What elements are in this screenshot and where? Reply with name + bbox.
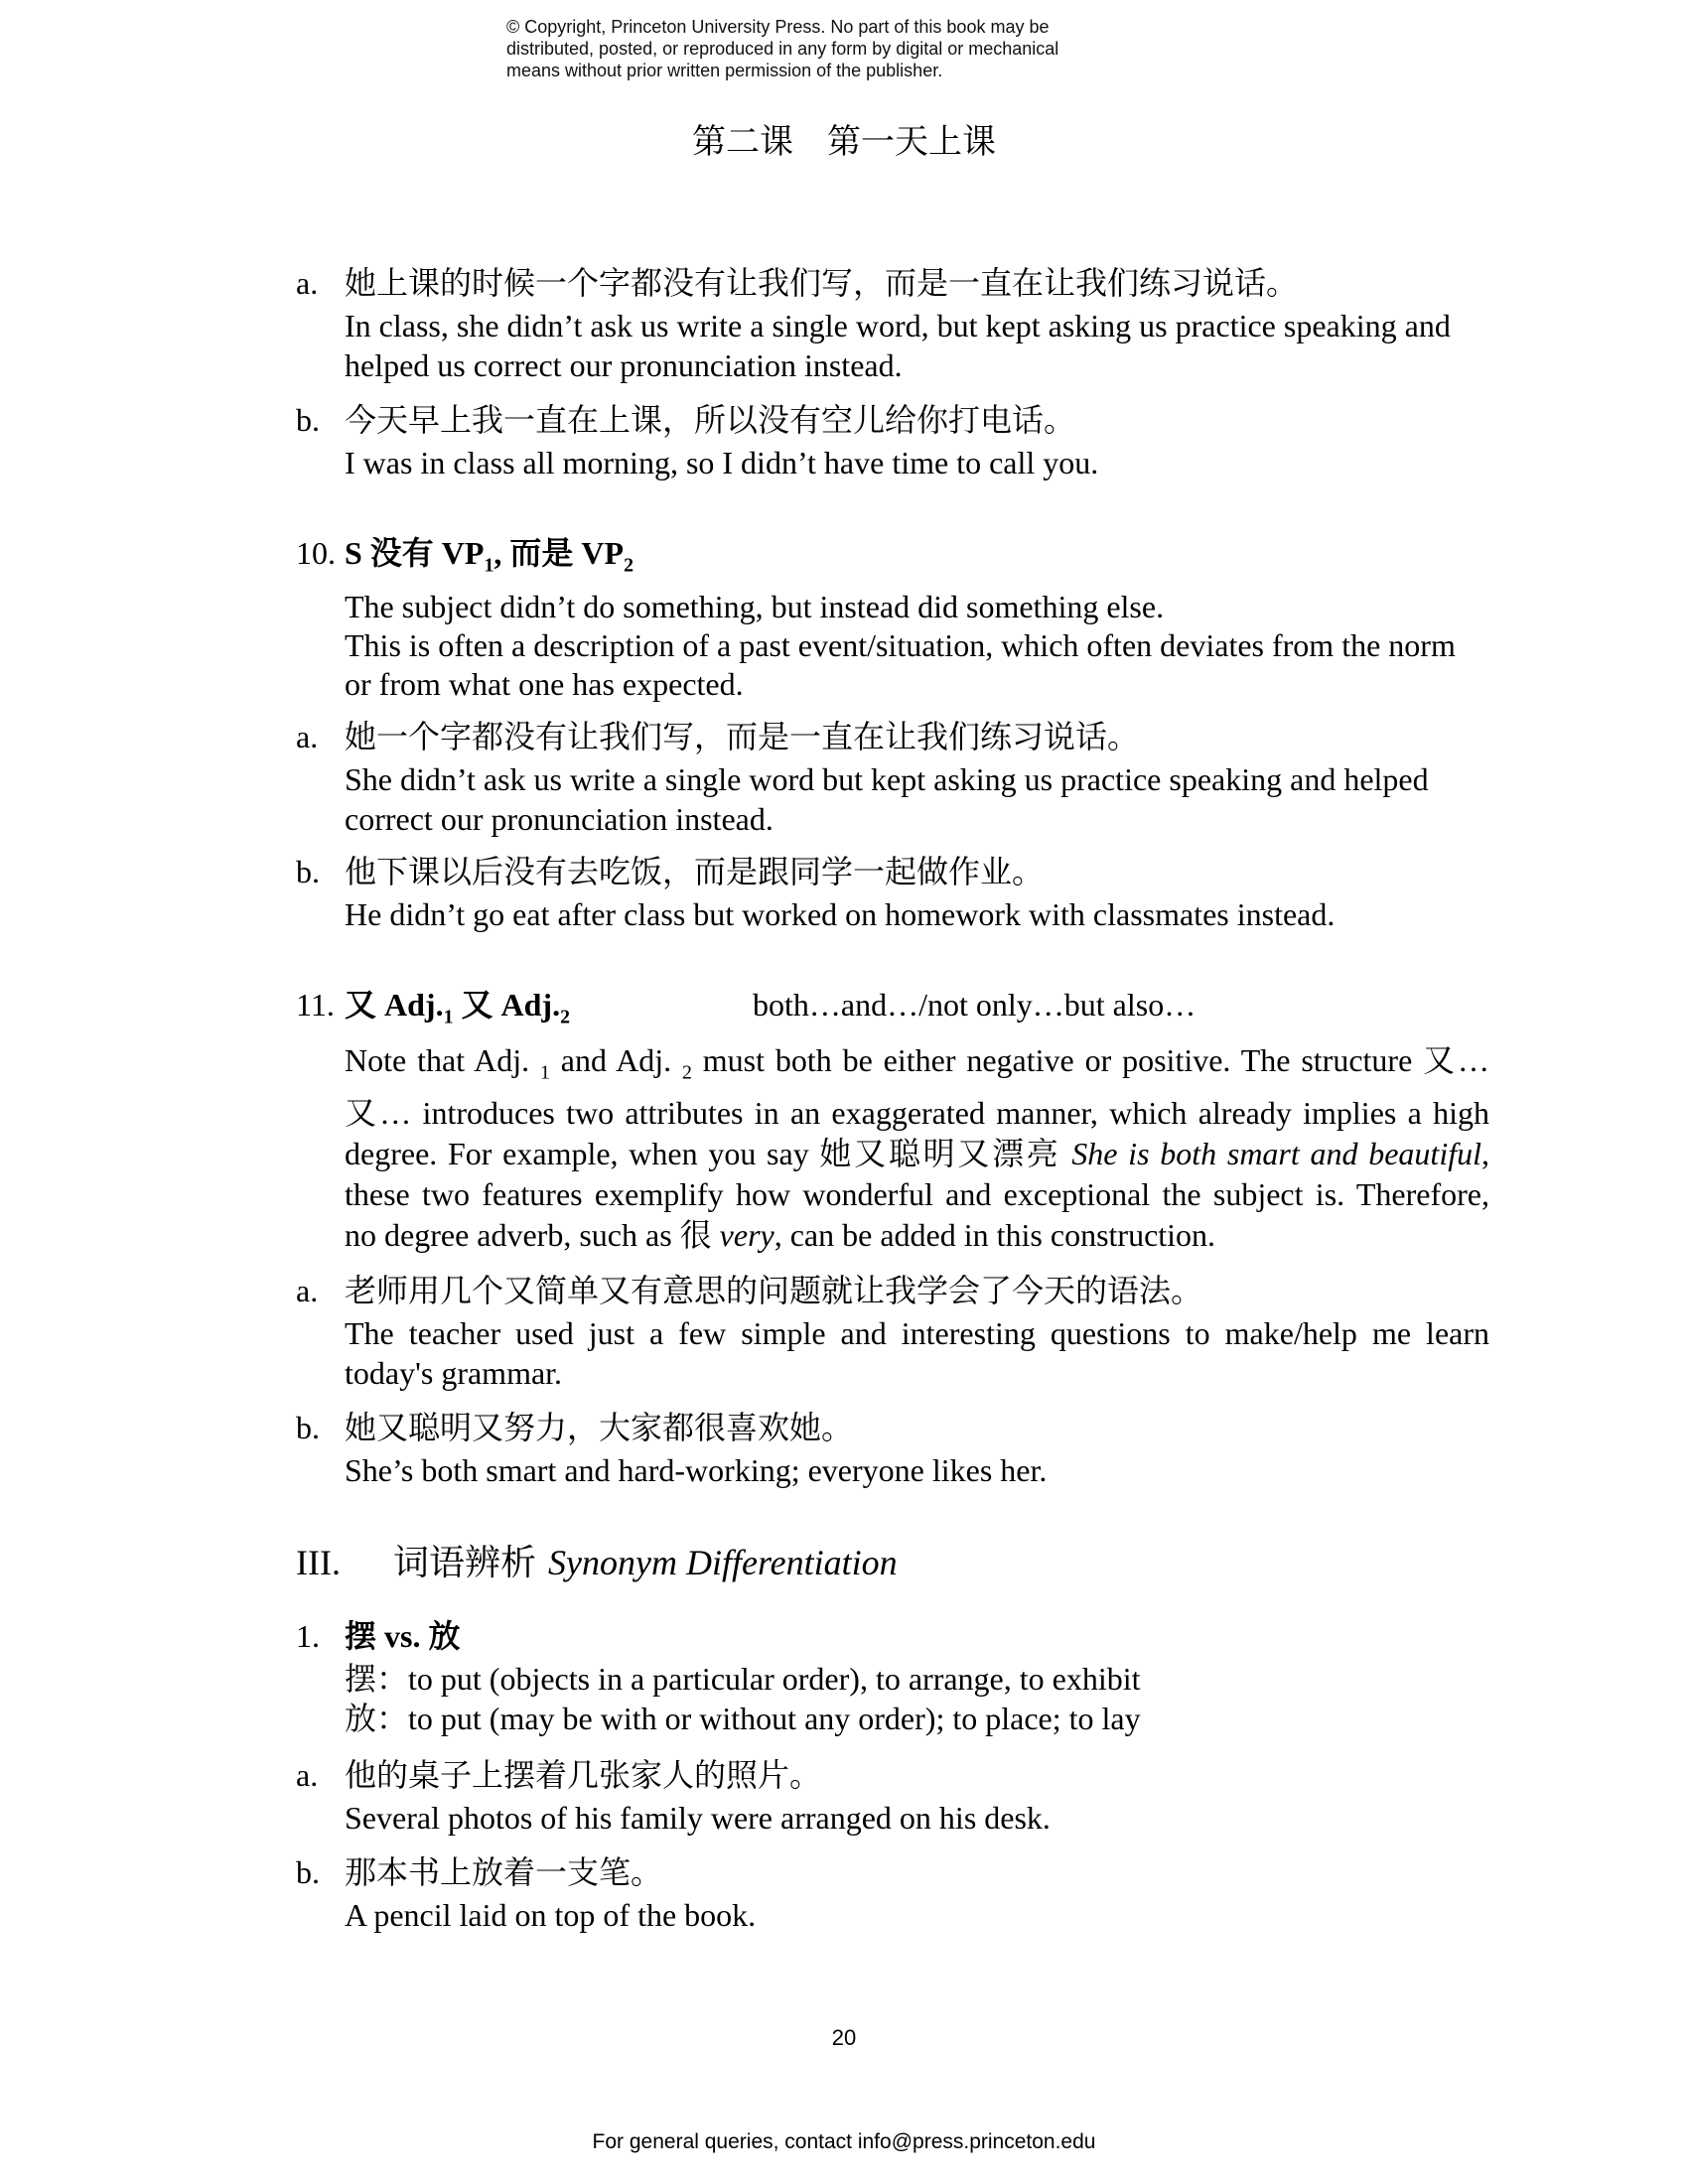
english-translation-line: She’s both smart and hard-working; every… (345, 1450, 1489, 1490)
grammar-explanation-line: This is often a description of a past ev… (345, 626, 1489, 665)
example-item-b: b. 她又聪明又努力，大家都很喜欢她。 She’s both smart and… (296, 1405, 1489, 1490)
item-label: b. (296, 397, 320, 443)
chinese-sentence: 她一个字都没有让我们写，而是一直在让我们练习说话。 (345, 714, 1489, 759)
grammar-explanation-line: or from what one has expected. (345, 665, 1489, 704)
item-label: b. (296, 1405, 320, 1450)
chinese-sentence: 他的桌子上摆着几张家人的照片。 (345, 1752, 1489, 1798)
grammar-explanation-line: The subject didn’t do something, but ins… (345, 588, 1489, 626)
section-11-heading: 11. 又 Adj.1 又 Adj.2 both…and…/not only…b… (296, 982, 1489, 1039)
chinese-sentence: 她上课的时候一个字都没有让我们写，而是一直在让我们练习说话。 (345, 260, 1489, 306)
example-item-b: b. 他下课以后没有去吃饭，而是跟同学一起做作业。 He didn’t go e… (296, 849, 1489, 934)
section-title: 又 Adj.1 又 Adj.2 (345, 987, 570, 1023)
item-label: a. (296, 1752, 318, 1798)
section-number: III. (296, 1538, 393, 1587)
example-item-b: b. 那本书上放着一支笔。 A pencil laid on top of th… (296, 1849, 1489, 1935)
definition-line: 摆：to put (objects in a particular order)… (345, 1659, 1489, 1699)
item-label: a. (296, 1268, 318, 1313)
section-title-chinese: 词语辨析 (393, 1543, 536, 1582)
section-number: 1. (296, 1613, 320, 1659)
english-translation-line: In class, she didn’t ask us write a sing… (345, 306, 1489, 345)
usage-note-line: no degree adverb, such as 很 very, can be… (345, 1215, 1489, 1256)
example-item-a: a. 她一个字都没有让我们写，而是一直在让我们练习说话。 She didn’t … (296, 714, 1489, 839)
section-10-heading: 10. S 没有 VP1, 而是 VP2 (296, 530, 1489, 588)
usage-note-line: 又… introduces two attributes in an exagg… (345, 1093, 1489, 1134)
usage-note-line: these two features exemplify how wonderf… (345, 1174, 1489, 1215)
english-translation-line: The teacher used just a few simple and i… (345, 1313, 1489, 1353)
section-title: S 没有 VP1, 而是 VP2 (345, 535, 633, 571)
item-label: a. (296, 714, 318, 759)
definitions: 摆：to put (objects in a particular order)… (296, 1659, 1489, 1738)
section-title-english: Synonym Differentiation (548, 1543, 898, 1582)
section-iii-heading: III.词语辨析Synonym Differentiation (296, 1538, 1489, 1587)
item-label: b. (296, 849, 320, 894)
english-translation-line: helped us correct our pronunciation inst… (345, 345, 1489, 385)
section-number: 10. (296, 530, 336, 576)
chinese-sentence: 她又聪明又努力，大家都很喜欢她。 (345, 1405, 1489, 1450)
page-number: 20 (0, 2025, 1688, 2051)
chinese-sentence: 今天早上我一直在上课，所以没有空儿给你打电话。 (345, 397, 1489, 443)
english-translation-line: Several photos of his family were arrang… (345, 1798, 1489, 1838)
example-item-a: a. 老师用几个又简单又有意思的问题就让我学会了今天的语法。 The teach… (296, 1268, 1489, 1393)
item-label: a. (296, 260, 318, 306)
usage-note-line: degree. For example, when you say 她又聪明又漂… (345, 1134, 1489, 1174)
example-item-a: a. 他的桌子上摆着几张家人的照片。 Several photos of his… (296, 1752, 1489, 1838)
english-translation-line: today's grammar. (345, 1353, 1489, 1393)
synonym-pair-title: 摆 vs. 放 (345, 1618, 460, 1654)
section-gloss: both…and…/not only…but also… (753, 982, 1196, 1027)
section-number: 11. (296, 982, 335, 1027)
synonym-1-heading: 1. 摆 vs. 放 (296, 1613, 1489, 1659)
english-translation-line: She didn’t ask us write a single word bu… (345, 759, 1489, 799)
usage-note-line: Note that Adj. 1 and Adj. 2 must both be… (345, 1040, 1489, 1093)
example-item-b: b. 今天早上我一直在上课，所以没有空儿给你打电话。 I was in clas… (296, 397, 1489, 482)
chinese-sentence: 那本书上放着一支笔。 (345, 1849, 1489, 1895)
footer-contact: For general queries, contact info@press.… (0, 2130, 1688, 2154)
example-item-a: a. 她上课的时候一个字都没有让我们写，而是一直在让我们练习说话。 In cla… (296, 260, 1489, 385)
definition-line: 放：to put (may be with or without any ord… (345, 1699, 1489, 1738)
english-translation-line: I was in class all morning, so I didn’t … (345, 443, 1489, 482)
english-translation-line: He didn’t go eat after class but worked … (345, 894, 1489, 934)
chinese-sentence: 他下课以后没有去吃饭，而是跟同学一起做作业。 (345, 849, 1489, 894)
document-body: a. 她上课的时候一个字都没有让我们写，而是一直在让我们练习说话。 In cla… (296, 0, 1489, 1935)
english-translation-line: A pencil laid on top of the book. (345, 1895, 1489, 1935)
item-label: b. (296, 1849, 320, 1895)
chinese-sentence: 老师用几个又简单又有意思的问题就让我学会了今天的语法。 (345, 1268, 1489, 1313)
english-translation-line: correct our pronunciation instead. (345, 799, 1489, 839)
